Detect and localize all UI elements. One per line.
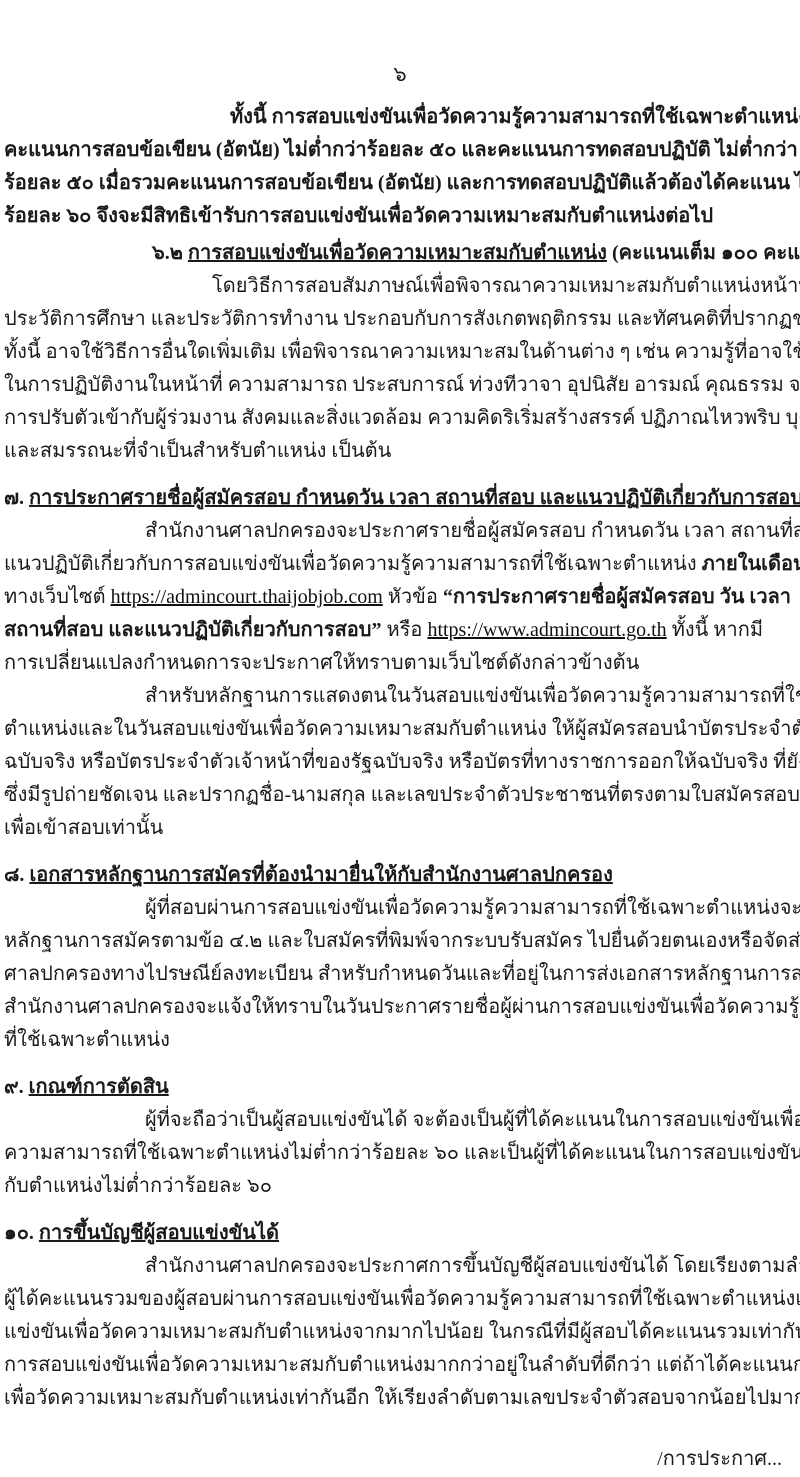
body-line: ผู้ได้คะแนนรวมของผู้สอบผ่านการสอบแข่งขัน…	[4, 1283, 796, 1316]
body-line: สำนักงานศาลปกครองจะประกาศการขึ้นบัญชีผู้…	[4, 1250, 796, 1283]
section-title: เกณฑ์การตัดสิน	[29, 1076, 169, 1098]
text-segment: ทางเว็บไซต์	[4, 586, 111, 608]
website-url: https://admincourt.thaijobjob.com	[111, 586, 383, 608]
body-line: ประวัติการศึกษา และประวัติการทำงาน ประกอ…	[4, 303, 796, 336]
scanned-document-background: { "colors": { "paper": "#ffffff", "ink":…	[0, 0, 800, 1477]
section-9-heading: ๙. เกณฑ์การตัดสิน	[4, 1071, 796, 1104]
body-line: และสมรรถนะที่จำเป็นสำหรับตำแหน่ง เป็นต้น	[4, 435, 796, 468]
page-number: ๖	[0, 0, 800, 91]
body-line: สำนักงานศาลปกครองจะประกาศรายชื่อผู้สมัคร…	[4, 515, 796, 548]
section-title-suffix: (คะแนนเต็ม ๑๐๐ คะแนน)	[607, 242, 800, 264]
intro-line: ร้อยละ ๕๐ เมื่อรวมคะแนนการสอบข้อเขียน (อ…	[4, 167, 796, 200]
body-line: เพื่อเข้าสอบเท่านั้น	[4, 812, 796, 845]
body-line: ตำแหน่งและในวันสอบแข่งขันเพื่อวัดความเหม…	[4, 713, 796, 746]
text-segment: ทั้งนี้ หากมี	[667, 619, 763, 641]
section-number: ๖.๒	[152, 242, 188, 264]
section-6-2-heading: ๖.๒ การสอบแข่งขันเพื่อวัดความเหมาะสมกับต…	[4, 237, 796, 270]
section-number: ๗.	[4, 487, 29, 509]
intro-line: คะแนนการสอบข้อเขียน (อัตนัย) ไม่ต่ำกว่าร…	[4, 134, 796, 167]
body-line: ผู้ที่จะถือว่าเป็นผู้สอบแข่งขันได้ จะต้อ…	[4, 1104, 796, 1137]
section-8-heading: ๘. เอกสารหลักฐานการสมัครที่ต้องนำมายื่นใ…	[4, 859, 796, 892]
body-line: ฉบับจริง หรือบัตรประจำตัวเจ้าหน้าที่ของร…	[4, 746, 796, 779]
body-line: เพื่อวัดความเหมาะสมกับตำแหน่งเท่ากันอีก …	[4, 1382, 796, 1415]
text-segment-bold: “การประกาศรายชื่อผู้สมัครสอบ วัน เวลา	[443, 586, 791, 608]
website-url: https://www.admincourt.go.th	[427, 619, 666, 641]
text-segment-bold: สถานที่สอบ และแนวปฏิบัติเกี่ยวกับการสอบ”	[4, 619, 382, 641]
document-body: ทั้งนี้ การสอบแข่งขันเพื่อวัดความรู้ความ…	[0, 91, 800, 1476]
body-line: ศาลปกครองทางไปรษณีย์ลงทะเบียน สำหรับกำหน…	[4, 958, 796, 991]
body-line: สำนักงานศาลปกครองจะแจ้งให้ทราบในวันประกา…	[4, 991, 796, 1024]
section-number: ๘.	[4, 864, 29, 886]
section-7-heading: ๗. การประกาศรายชื่อผู้สมัครสอบ กำหนดวัน …	[4, 482, 796, 515]
body-line: ทั้งนี้ อาจใช้วิธีการอื่นใดเพิ่มเติม เพื…	[4, 336, 796, 369]
section-title: เอกสารหลักฐานการสมัครที่ต้องนำมายื่นให้ก…	[29, 864, 612, 886]
intro-line: ทั้งนี้ การสอบแข่งขันเพื่อวัดความรู้ความ…	[4, 101, 796, 134]
section-title: การขึ้นบัญชีผู้สอบแข่งขันได้	[39, 1222, 279, 1244]
text-segment: หัวข้อ	[383, 586, 443, 608]
section-10-heading: ๑๐. การขึ้นบัญชีผู้สอบแข่งขันได้	[4, 1217, 796, 1250]
body-line: การปรับตัวเข้ากับผู้ร่วมงาน สังคมและสิ่ง…	[4, 402, 796, 435]
body-line: แข่งขันเพื่อวัดความเหมาะสมกับตำแหน่งจากม…	[4, 1316, 796, 1349]
text-segment: แนวปฏิบัติเกี่ยวกับการสอบแข่งขันเพื่อวัด…	[4, 553, 702, 575]
section-title: การประกาศรายชื่อผู้สมัครสอบ กำหนดวัน เวล…	[29, 487, 800, 509]
body-line: ซึ่งมีรูปถ่ายชัดเจน และปรากฏชื่อ-นามสกุล…	[4, 779, 796, 812]
body-line: การสอบแข่งขันเพื่อวัดความเหมาะสมกับตำแหน…	[4, 1349, 796, 1382]
body-line: แนวปฏิบัติเกี่ยวกับการสอบแข่งขันเพื่อวัด…	[4, 548, 796, 581]
body-line: โดยวิธีการสอบสัมภาษณ์เพื่อพิจารณาความเหม…	[4, 270, 796, 303]
body-line: สำหรับหลักฐานการแสดงตนในวันสอบแข่งขันเพื…	[4, 680, 796, 713]
document-page: ๖ ทั้งนี้ การสอบแข่งขันเพื่อวัดความรู้คว…	[0, 0, 800, 1477]
body-line: ผู้ที่สอบผ่านการสอบแข่งขันเพื่อวัดความรู…	[4, 892, 796, 925]
continuation-marker: /การประกาศ...	[4, 1443, 796, 1476]
body-line: ในการปฏิบัติงานในหน้าที่ ความสามารถ ประส…	[4, 369, 796, 402]
body-line: กับตำแหน่งไม่ต่ำกว่าร้อยละ ๖๐	[4, 1170, 796, 1203]
body-line: หลักฐานการสมัครตามข้อ ๔.๒ และใบสมัครที่พ…	[4, 925, 796, 958]
section-title: การสอบแข่งขันเพื่อวัดความเหมาะสมกับตำแหน…	[188, 242, 607, 264]
body-line: ที่ใช้เฉพาะตำแหน่ง	[4, 1024, 796, 1057]
section-number: ๑๐.	[4, 1222, 39, 1244]
text-segment: หรือ	[382, 619, 428, 641]
section-number: ๙.	[4, 1076, 29, 1098]
body-line: ทางเว็บไซต์ https://admincourt.thaijobjo…	[4, 581, 796, 614]
intro-line: ร้อยละ ๖๐ จึงจะมีสิทธิเข้ารับการสอบแข่งข…	[4, 200, 796, 233]
text-segment-bold: ภายในเดือนกุมภาพันธ์ ๒๕๖๘	[702, 553, 800, 575]
body-line: ความสามารถที่ใช้เฉพาะตำแหน่งไม่ต่ำกว่าร้…	[4, 1137, 796, 1170]
body-line: การเปลี่ยนแปลงกำหนดการจะประกาศให้ทราบตาม…	[4, 647, 796, 680]
body-line: สถานที่สอบ และแนวปฏิบัติเกี่ยวกับการสอบ”…	[4, 614, 796, 647]
